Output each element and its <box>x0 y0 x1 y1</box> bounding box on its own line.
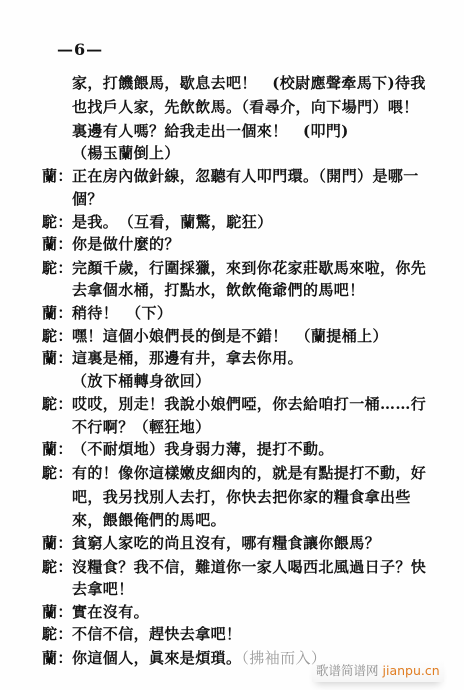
line-text: 去拿個水桶，打點水，飲飲俺爺們的馬吧！ <box>72 281 365 299</box>
line-text: 這裏是桶，那邊有井，拿去你用。 <box>72 349 303 367</box>
line-text: 稍待！ （下） <box>72 304 172 322</box>
speaker-label: 駝： <box>42 463 72 483</box>
dialogue-line: 駝：不信不信，趕快去拿吧！ <box>42 624 241 644</box>
dialogue-line: 蘭：這裏是桶，那邊有井，拿去你用。 <box>42 348 303 368</box>
stage-direction: （放下桶轉身欲回） <box>72 371 211 391</box>
line-text: 去拿吧！ <box>72 580 134 598</box>
dialogue-line: 駝：嘿！這個小娘們長的倒是不錯！ （蘭提桶上） <box>42 326 388 346</box>
line-text: （不耐煩地）我身弱力薄，提打不動。 <box>72 440 334 458</box>
line-text: 你這個人，眞來是煩瑣。 <box>72 649 241 667</box>
watermark-site-name: 歌谱简谱网 <box>316 663 379 678</box>
dialogue-continuation-line: 去拿吧！ <box>72 579 134 599</box>
line-text: 裏邊有人嗎？給我走出一個來！ (叩門) <box>72 122 349 140</box>
dialogue-continuation-line: 也找戶人家，先飲飲馬。（看尋介，向下場門）喂！ <box>72 97 419 117</box>
dialogue-continuation-line: 裏邊有人嗎？給我走出一個來！ (叩門) <box>72 121 349 141</box>
line-text: 個？ <box>72 190 103 208</box>
line-text: 嘿！這個小娘們長的倒是不錯！ （蘭提桶上） <box>72 327 388 345</box>
line-text: 實在沒有。 <box>72 603 149 621</box>
speaker-label: 駝： <box>42 258 72 278</box>
dialogue-line: 駝：有的！像你這樣嫩皮細肉的，就是有點提打不動，好 <box>42 463 426 483</box>
speaker-label: 蘭： <box>42 166 72 186</box>
line-text: 不行啊？（輕狂地） <box>72 418 211 436</box>
line-text: 家，打饑餵馬，歇息去吧！ (校尉應聲牽馬下)待我 <box>72 74 426 92</box>
line-text: 有的！像你這樣嫩皮細肉的，就是有點提打不動，好 <box>72 464 426 482</box>
speaker-label: 蘭： <box>42 439 72 459</box>
speaker-label: 蘭： <box>42 533 72 553</box>
speaker-label: 蘭： <box>42 648 72 668</box>
speaker-label: 蘭： <box>42 234 72 254</box>
speaker-label: 蘭： <box>42 303 72 323</box>
dialogue-continuation-line: 吧，我另找別人去打，你快去把你家的糧食拿出些 <box>72 487 411 507</box>
page-number: —6— <box>57 40 103 59</box>
dialogue-line: 蘭：稍待！ （下） <box>42 303 172 323</box>
dialogue-line: 蘭：實在沒有。 <box>42 602 149 622</box>
line-text: 是我。 （互看，蘭驚，駝狂） <box>72 213 273 231</box>
line-text: 完顏千歲，行圍採獵，來到你花家莊歇馬來啦，你先 <box>72 259 426 277</box>
stage-direction: （楊玉蘭倒上） <box>72 143 180 163</box>
speaker-label: 駝： <box>42 326 72 346</box>
dialogue-line: 駝：是我。 （互看，蘭驚，駝狂） <box>42 212 273 232</box>
dialogue-line: 駝：完顏千歲，行圍採獵，來到你花家莊歇馬來啦，你先 <box>42 258 426 278</box>
dialogue-line: 駝：沒糧食？我不信，難道你一家人喝西北風過日子？快 <box>42 557 426 577</box>
speaker-label: 駝： <box>42 624 72 644</box>
dialogue-line: 蘭：貧窮人家吃的尚且沒有，哪有糧食讓你餵馬？ <box>42 533 380 553</box>
line-text: 也找戶人家，先飲飲馬。（看尋介，向下場門）喂！ <box>72 98 419 116</box>
line-text: 正在房內做針線，忽聽有人叩門環。（開門）是哪一 <box>72 167 419 185</box>
dialogue-continuation-line: 家，打饑餵馬，歇息去吧！ (校尉應聲牽馬下)待我 <box>72 73 426 93</box>
dialogue-line: 駝：哎哎，別走！我說小娘們啞，你去給咱打一桶……行 <box>42 394 426 414</box>
dialogue-continuation-line: 去拿個水桶，打點水，飲飲俺爺們的馬吧！ <box>72 280 365 300</box>
speaker-label: 蘭： <box>42 348 72 368</box>
speaker-label: 駝： <box>42 394 72 414</box>
speaker-label: 駝： <box>42 557 72 577</box>
dialogue-line: 蘭：你這個人，眞來是煩瑣。（拂袖而入） <box>42 648 326 668</box>
document-page: —6— 家，打饑餵馬，歇息去吧！ (校尉應聲牽馬下)待我 也找戶人家，先飲飲馬。… <box>0 0 464 690</box>
watermark: 歌谱简谱网jianpu.cn <box>312 660 444 682</box>
line-text: 哎哎，別走！我說小娘們啞，你去給咱打一桶……行 <box>72 395 426 413</box>
dialogue-line: 蘭：正在房內做針線，忽聽有人叩門環。（開門）是哪一 <box>42 166 419 186</box>
dialogue-line: 蘭：你是做什麼的？ <box>42 234 180 254</box>
dialogue-continuation-line: 不行啊？（輕狂地） <box>72 417 211 437</box>
dialogue-continuation-line: 來，餵餵俺們的馬吧。 <box>72 510 226 530</box>
speaker-label: 駝： <box>42 212 72 232</box>
line-text: （放下桶轉身欲回） <box>72 372 211 390</box>
dialogue-continuation-line: 個？ <box>72 189 103 209</box>
line-text: （楊玉蘭倒上） <box>72 144 180 162</box>
line-text: 貧窮人家吃的尚且沒有，哪有糧食讓你餵馬？ <box>72 534 380 552</box>
line-text: 吧，我另找別人去打，你快去把你家的糧食拿出些 <box>72 488 411 506</box>
line-text: 你是做什麼的？ <box>72 235 180 253</box>
line-text: 沒糧食？我不信，難道你一家人喝西北風過日子？快 <box>72 558 426 576</box>
dialogue-line: 蘭：（不耐煩地）我身弱力薄，提打不動。 <box>42 439 334 459</box>
speaker-label: 蘭： <box>42 602 72 622</box>
watermark-domain: jianpu.cn <box>383 663 440 678</box>
line-text: 不信不信，趕快去拿吧！ <box>72 625 241 643</box>
line-text: 來，餵餵俺們的馬吧。 <box>72 511 226 529</box>
